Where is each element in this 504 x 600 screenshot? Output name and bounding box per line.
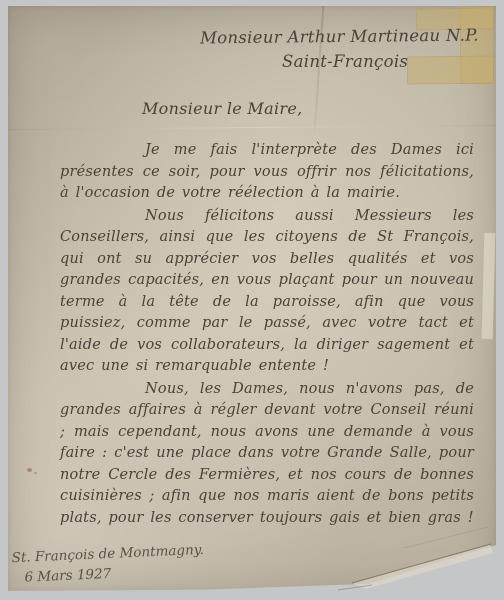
paragraph-congratulations-mayor: Je me fais l'interprète des Dames ici pr… [60,140,474,205]
ink-stain [27,468,32,472]
scan-background: Monsieur Arthur Martineau N.P. Saint-Fra… [0,0,504,600]
paragraph-congratulations-council: Nous félicitons aussi Messieurs les Cons… [60,206,474,378]
recipient-name-line: Monsieur Arthur Martineau N.P. [200,26,479,48]
tape-strip-horizontal-2 [407,56,494,85]
salutation: Monsieur le Maire, [142,99,302,118]
recipient-place-line: Saint-François [282,52,408,71]
paragraph-request-hall: Nous, les Dames, nous n'avons pas, de gr… [60,379,474,530]
letter-body: Je me fais l'interprète des Dames ici pr… [60,140,474,530]
